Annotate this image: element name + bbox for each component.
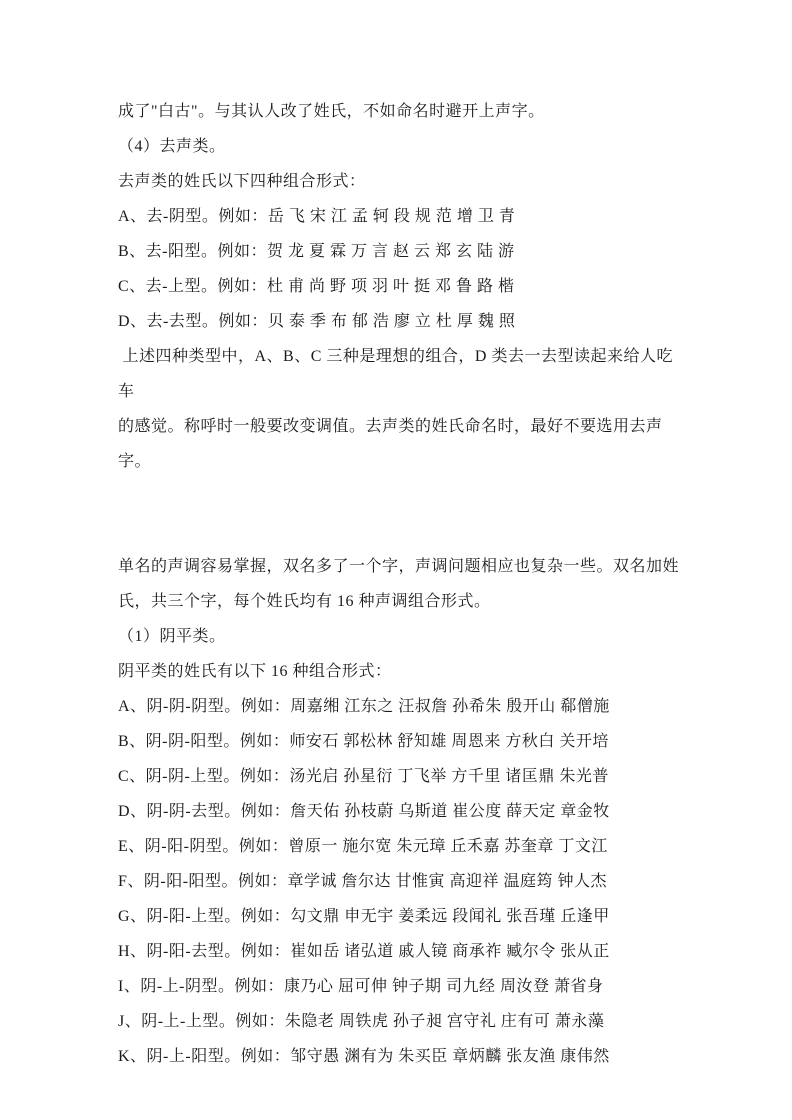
yinping-combination-item-h: H、阴-阳-去型。例如：崔如岳 诸弘道 戚人镜 商承祚 臧尔令 张从正 [118, 934, 682, 969]
qusheng-combination-item-d: D、去-去型。例如：贝 泰 季 布 郁 浩 廖 立 杜 厚 魏 照 [118, 304, 682, 339]
yinping-combination-item-g: G、阴-阳-上型。例如：勾文鼎 申无宇 姜柔远 段闻礼 张吾瑾 丘逢甲 [118, 899, 682, 934]
yinping-paragraph-line-2: 氏，共三个字，每个姓氏均有 16 种声调组合形式。 [118, 584, 682, 619]
yinping-paragraph-line-1: 单名的声调容易掌握，双名多了一个字，声调问题相应也复杂一些。双名加姓 [118, 549, 682, 584]
document-page: 成了"白古"。与其认人改了姓氏，不如命名时避开上声字。 （4）去声类。 去声类的… [0, 0, 792, 1120]
yinping-combination-item-j: J、阴-上-上型。例如：朱隐老 周铁虎 孙子昶 宫守礼 庄有可 萧永藻 [118, 1004, 682, 1039]
yinping-section-heading: （1）阴平类。 [118, 619, 682, 654]
yinping-combination-item-f: F、阴-阳-阳型。例如：章学诚 詹尔达 甘惟寅 高迎祥 温庭筠 钟人杰 [118, 864, 682, 899]
qusheng-note-line-2: 的感觉。称呼时一般要改变调值。去声类的姓氏命名时，最好不要选用去声字。 [118, 409, 682, 479]
yinping-combination-item-c: C、阴-阴-上型。例如：汤光启 孙星衍 丁飞举 方千里 诸匡鼎 朱光普 [118, 759, 682, 794]
qusheng-combination-item-b: B、去-阳型。例如：贺 龙 夏 霖 万 言 赵 云 郑 玄 陆 游 [118, 234, 682, 269]
qusheng-section-heading: （4）去声类。 [118, 129, 682, 164]
yinping-combination-item-e: E、阴-阳-阴型。例如：曾原一 施尔宽 朱元璋 丘禾嘉 苏奎章 丁文江 [118, 829, 682, 864]
yinping-combination-item-k: K、阴-上-阳型。例如：邹守愚 渊有为 朱买臣 章炳麟 张友渔 康伟然 [118, 1039, 682, 1074]
qusheng-combination-item-c: C、去-上型。例如：杜 甫 尚 野 项 羽 叶 挺 邓 鲁 路 楷 [118, 269, 682, 304]
intro-paragraph-line: 成了"白古"。与其认人改了姓氏，不如命名时避开上声字。 [118, 94, 682, 129]
qusheng-section-subheading: 去声类的姓氏以下四种组合形式： [118, 164, 682, 199]
yinping-combination-item-b: B、阴-阴-阳型。例如：师安石 郭松林 舒知雄 周恩来 方秋白 关开培 [118, 724, 682, 759]
yinping-combination-item-a: A、阴-阴-阴型。例如：周嘉缃 江东之 汪叔詹 孙希朱 殷开山 郗僧施 [118, 689, 682, 724]
yinping-section-subheading: 阴平类的姓氏有以下 16 种组合形式： [118, 654, 682, 689]
yinping-combination-item-i: I、阴-上-阴型。例如：康乃心 屈可伸 钟子期 司九经 周汝登 萧省身 [118, 969, 682, 1004]
qusheng-note-line-1: 上述四种类型中，A、B、C 三种是理想的组合，D 类去一去型读起来给人吃车 [118, 339, 682, 409]
qusheng-combination-item-a: A、去-阴型。例如：岳 飞 宋 江 孟 轲 段 规 范 增 卫 青 [118, 199, 682, 234]
yinping-combination-item-d: D、阴-阴-去型。例如：詹天佑 孙枝蔚 乌斯道 崔公度 薛天定 章金牧 [118, 794, 682, 829]
